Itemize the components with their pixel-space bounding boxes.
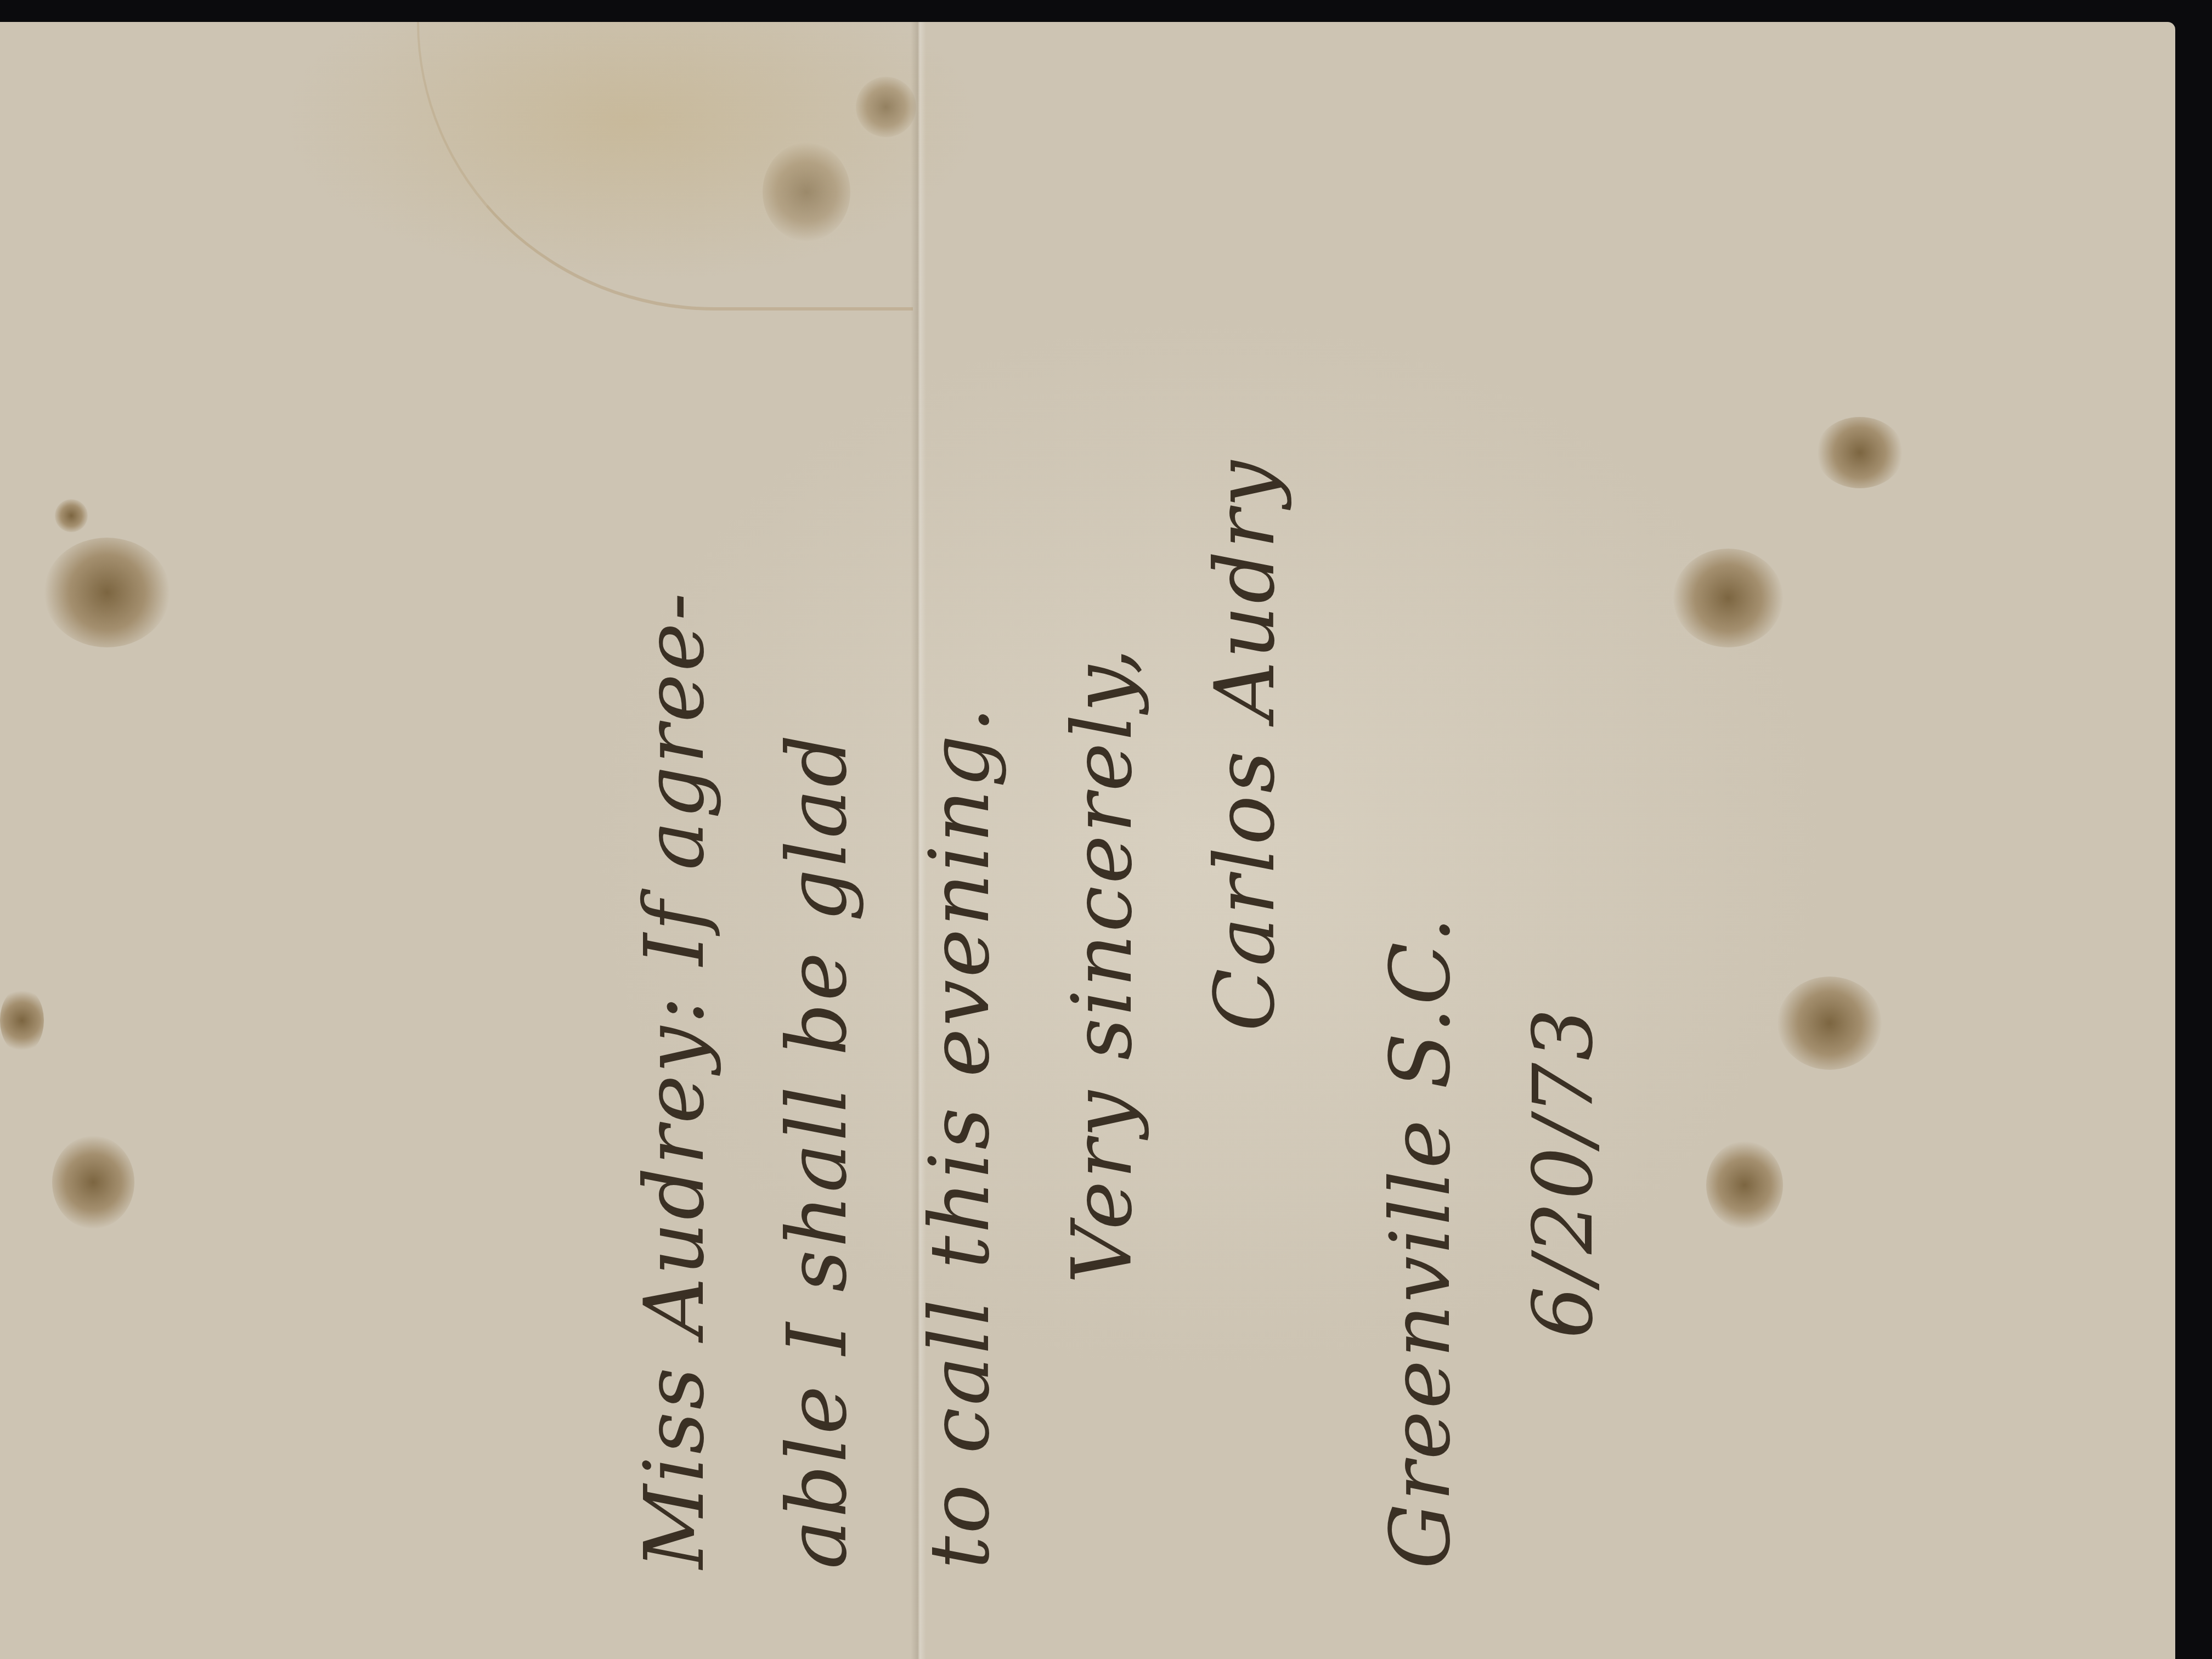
body-line-1: able I shall be glad	[746, 143, 889, 1569]
foxing-stain	[55, 499, 88, 532]
closing: Very sincerely,	[1031, 143, 1174, 1569]
letter-text: Miss Audrey: If agree- able I shall be g…	[603, 143, 1635, 1569]
foxing-stain	[0, 988, 44, 1053]
foxing-stain	[52, 1136, 134, 1229]
salutation: Miss Audrey: If agree-	[603, 143, 746, 1569]
foxing-stain	[1778, 977, 1882, 1070]
letter-paper: Miss Audrey: If agree- able I shall be g…	[0, 22, 2175, 1659]
place: Greenville S.C.	[1350, 143, 1492, 1569]
foxing-stain	[1816, 417, 1904, 488]
foxing-stain	[1673, 549, 1783, 647]
foxing-stain	[856, 77, 916, 137]
foxing-stain	[1706, 1141, 1783, 1229]
date: 6/20/73	[1492, 143, 1635, 1569]
signature: Carlos Audry	[1174, 143, 1317, 1569]
foxing-stain	[44, 538, 170, 647]
body-line-2: to call this evening.	[889, 143, 1031, 1569]
